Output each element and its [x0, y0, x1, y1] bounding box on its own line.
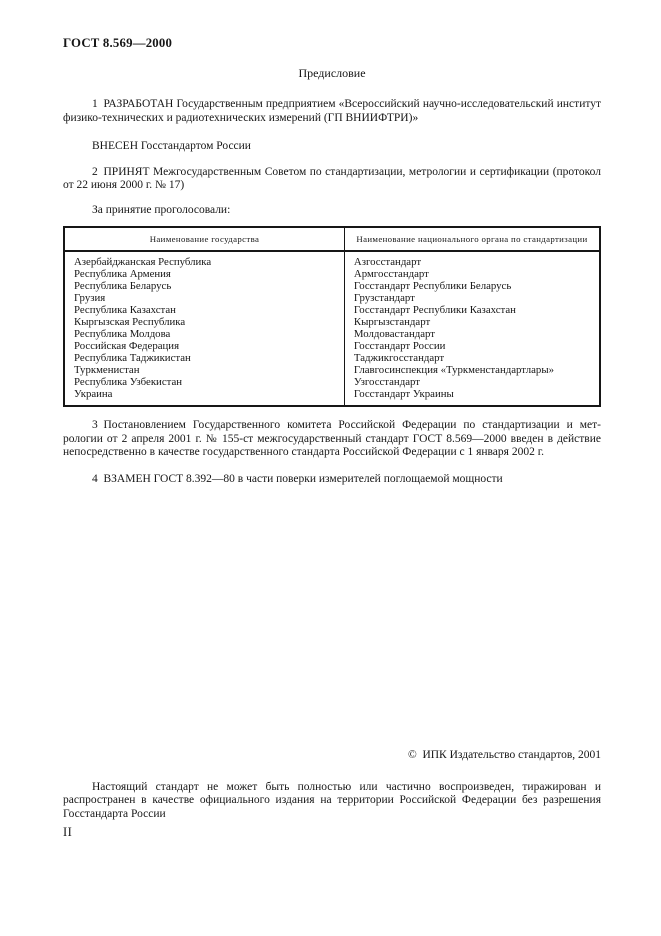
- clause-4-replaces: 4 ВЗАМЕН ГОСТ 8.392—80 в части поверки и…: [63, 473, 601, 487]
- table-row: Российская ФедерацияГосстандарт России: [64, 340, 600, 352]
- state-cell: Республика Узбекистан: [64, 376, 344, 388]
- bottom-section: © ИПК Издательство стандартов, 2001 Наст…: [63, 749, 601, 821]
- table-row: Кыргызская РеспубликаКыргызстандарт: [64, 316, 600, 328]
- state-cell: Республика Казахстан: [64, 304, 344, 316]
- table-row: Республика КазахстанГосстандарт Республи…: [64, 304, 600, 316]
- standards-body-cell: Госстандарт России: [344, 340, 600, 352]
- col-header-standards-body: Наименование национального органа по ста…: [344, 227, 600, 252]
- page-number: II: [63, 825, 72, 840]
- reproduction-notice: Настоящий стандарт не может быть полност…: [63, 781, 601, 822]
- table-row: ТуркменистанГлавгосинспекция «Туркменста…: [64, 364, 600, 376]
- clause-1-developed: 1 РАЗРАБОТАН Государственным предприятие…: [63, 98, 601, 125]
- table-row: Республика ТаджикистанТаджикгосстандарт: [64, 352, 600, 364]
- state-cell: Туркменистан: [64, 364, 344, 376]
- clause-submitted: ВНЕСЕН Госстандартом России: [63, 140, 601, 154]
- state-cell: Республика Беларусь: [64, 280, 344, 292]
- state-cell: Азербайджанская Республика: [64, 251, 344, 268]
- table-row: Республика БеларусьГосстандарт Республик…: [64, 280, 600, 292]
- header-row: Наименование государства Наименование на…: [64, 227, 600, 252]
- preface-title: Предисловие: [63, 66, 601, 81]
- document-page: ГОСТ 8.569—2000 Предисловие 1 РАЗРАБОТАН…: [0, 0, 661, 936]
- state-cell: Республика Молдова: [64, 328, 344, 340]
- standards-body-cell: Грузстандарт: [344, 292, 600, 304]
- standards-body-cell: Главгосинспекция «Туркменстандартлары»: [344, 364, 600, 376]
- state-cell: Республика Таджикистан: [64, 352, 344, 364]
- gost-code: ГОСТ 8.569—2000: [63, 36, 601, 51]
- standards-body-cell: Госстандарт Республики Казахстан: [344, 304, 600, 316]
- state-cell: Республика Армения: [64, 268, 344, 280]
- standards-body-cell: Азгосстандарт: [344, 251, 600, 268]
- table-row: Республика АрменияАрмгосстандарт: [64, 268, 600, 280]
- state-cell: Грузия: [64, 292, 344, 304]
- col-header-state: Наименование государства: [64, 227, 344, 252]
- state-cell: Кыргызская Республика: [64, 316, 344, 328]
- standards-body-cell: Узгосстандарт: [344, 376, 600, 388]
- standards-body-cell: Молдовастандарт: [344, 328, 600, 340]
- standards-body-cell: Армгосстандарт: [344, 268, 600, 280]
- standards-body-cell: Кыргызстандарт: [344, 316, 600, 328]
- vote-table-body: Азербайджанская РеспубликаАзгосстандартР…: [64, 251, 600, 406]
- standards-body-cell: Госстандарт Республики Беларусь: [344, 280, 600, 292]
- vote-intro: За принятие проголосовали:: [63, 204, 601, 218]
- vote-table-header: Наименование государства Наименование на…: [64, 227, 600, 252]
- clause-3-enacted: 3 Постановлением Государственного комите…: [63, 419, 601, 460]
- vote-table: Наименование государства Наименование на…: [63, 226, 601, 408]
- table-row: УкраинаГосстандарт Украины: [64, 388, 600, 406]
- standards-body-cell: Таджикгосстандарт: [344, 352, 600, 364]
- table-row: Республика МолдоваМолдовастандарт: [64, 328, 600, 340]
- state-cell: Российская Федерация: [64, 340, 344, 352]
- clause-2-accepted: 2 ПРИНЯТ Межгосударственным Советом по с…: [63, 166, 601, 193]
- page-content: ГОСТ 8.569—2000 Предисловие 1 РАЗРАБОТАН…: [63, 36, 601, 486]
- table-row: Азербайджанская РеспубликаАзгосстандарт: [64, 251, 600, 268]
- table-row: ГрузияГрузстандарт: [64, 292, 600, 304]
- table-row: Республика УзбекистанУзгосстандарт: [64, 376, 600, 388]
- standards-body-cell: Госстандарт Украины: [344, 388, 600, 406]
- state-cell: Украина: [64, 388, 344, 406]
- copyright-notice: © ИПК Издательство стандартов, 2001: [63, 749, 601, 763]
